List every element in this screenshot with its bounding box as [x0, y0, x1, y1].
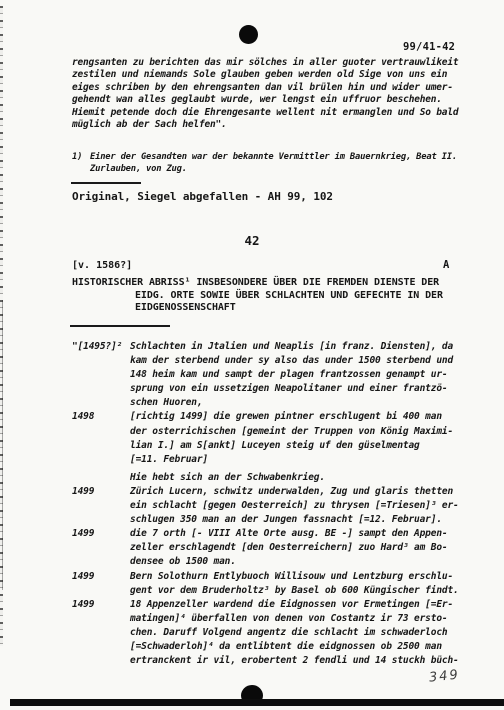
document-title: HISTORISCHER ABRISS¹ INSBESONDERE ÜBER D… — [72, 277, 472, 315]
entry-year-label: 1499 — [72, 570, 130, 598]
footnote-marker: 1) — [72, 152, 90, 176]
chronicle-entry: 1499 die 7 orth [- VIII Alte Orte ausg. … — [72, 527, 472, 569]
entry-text: die 7 orth [- VIII Alte Orte ausg. BE -]… — [130, 527, 472, 569]
quote-continuation-paragraph: rengsanten zu berichten das mir sölches … — [72, 57, 472, 132]
entry-year-label: 1499 — [72, 598, 130, 668]
document-number-heading: 42 — [0, 233, 504, 248]
provenance-line: Original, Siegel abgefallen - AH 99, 102 — [72, 190, 333, 203]
footnote-text: Einer der Gesandten war der bekannte Ver… — [90, 152, 457, 176]
entry-year-label: "[1495?]² — [72, 340, 130, 410]
chronicle-entry: 1499 18 Appenzeller wardend die Eidgnoss… — [72, 598, 472, 668]
chronicle-entry: "[1495?]² Schlachten in Jtalien und Neap… — [72, 340, 472, 410]
entry-year-label: 1499 — [72, 527, 130, 569]
entry-text: Schlachten in Jtalien und Neaplis [in fr… — [130, 340, 472, 410]
document-title-line-2: EIDG. ORTE SOWIE ÜBER SCHLACHTEN UND GEF… — [72, 290, 472, 303]
handwritten-page-number: 349 — [428, 667, 460, 685]
entry-year-label: 1498 — [72, 410, 130, 466]
document-title-line-1: HISTORISCHER ABRISS¹ INSBESONDERE ÜBER D… — [72, 277, 472, 290]
scan-edge-line — [2, 300, 3, 590]
entry-text: 18 Appenzeller wardend die Eidgnossen vo… — [130, 598, 472, 668]
title-separator-rule — [70, 325, 170, 327]
scanned-document-page: 99/41-42 rengsanten zu berichten das mir… — [0, 0, 504, 710]
chronicle-entry: 1499 Bern Solothurn Entlybuoch Willisouw… — [72, 570, 472, 598]
document-corner-letter: A — [443, 259, 449, 271]
entry-text: Hie hebt sich an der Schwabenkrieg. — [130, 471, 472, 485]
entry-text: [richtig 1499] die grewen pintner erschl… — [130, 410, 472, 466]
document-title-line-3: EIDGENOSSENSCHAFT — [72, 302, 472, 315]
scan-bottom-bar — [10, 699, 504, 706]
chronicle-entry: 1499 Zürich Lucern, schwitz underwalden,… — [72, 485, 472, 527]
entry-text: Zürich Lucern, schwitz underwalden, Zug … — [130, 485, 472, 527]
chronicle-entries: "[1495?]² Schlachten in Jtalien und Neap… — [72, 340, 472, 668]
entry-year-label: 1499 — [72, 485, 130, 527]
entry-text: Bern Solothurn Entlybuoch Willisouw und … — [130, 570, 472, 598]
document-date-note: [v. 1586?] — [72, 260, 132, 271]
footnote-1: 1) Einer der Gesandten war der bekannte … — [72, 152, 472, 176]
footnote-separator-rule — [71, 182, 141, 184]
chronicle-section-note: Hie hebt sich an der Schwabenkrieg. — [72, 471, 472, 485]
entry-year-label — [72, 471, 130, 485]
page-reference-number: 99/41-42 — [403, 41, 455, 53]
chronicle-entry: 1498 [richtig 1499] die grewen pintner e… — [72, 410, 472, 466]
punch-hole-top-mark — [239, 25, 258, 44]
